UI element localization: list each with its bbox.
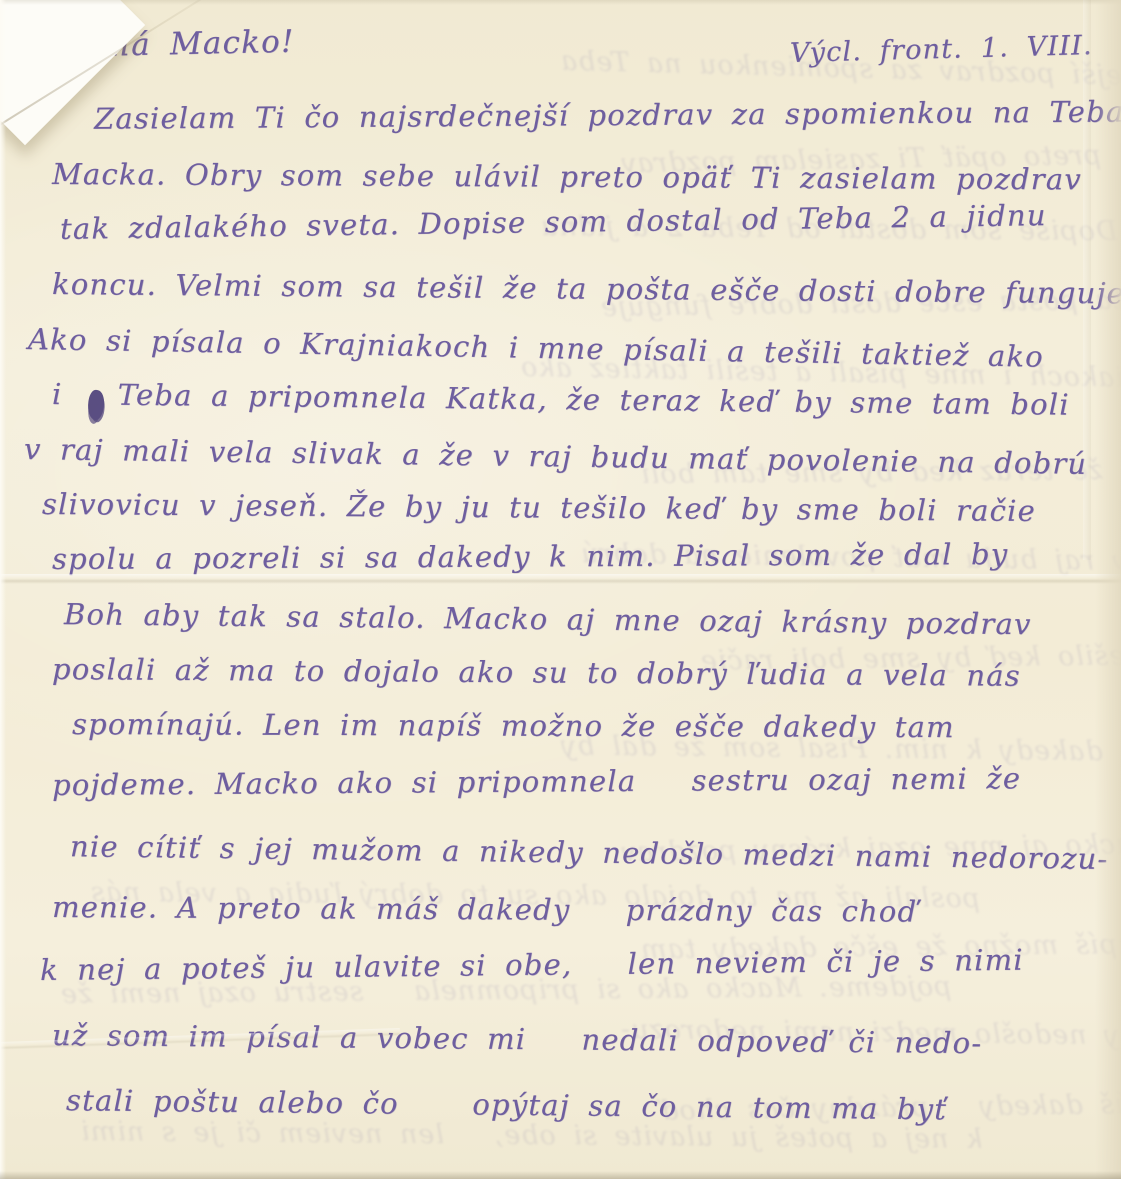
scan-edge-right xyxy=(1095,0,1121,1179)
letter-dateline: Výcl. front. 1. VIII. xyxy=(790,30,1093,69)
letter-page: Zasielam Ti čo najsrdečnejší pozdrav za … xyxy=(0,0,1121,1179)
handwritten-line: stali poštu alebo čo opýtaj sa čo na tom… xyxy=(52,1073,1083,1139)
fold-crease-vertical xyxy=(1083,0,1091,560)
handwritten-line: pojdeme. Macko ako si pripomnela sestru … xyxy=(52,751,1082,813)
handwritten-line: menie. A preto ak máš dakedy prázdny čas… xyxy=(52,880,1082,940)
letter-body: Zasielam Ti čo najsrdečnejší pozdrav za … xyxy=(52,92,1082,1128)
fold-crease-horizontal xyxy=(0,574,1121,584)
handwritten-line: k nej a poteš ju ulavite si obe, len nev… xyxy=(40,932,1083,998)
handwritten-line: poslali až ma to dojalo ako su to dobrý … xyxy=(52,642,1082,704)
handwritten-line: nie cítiť s jej mužom a nikedy nedošlo m… xyxy=(52,819,1083,887)
scan-edge-left xyxy=(0,0,6,1179)
handwritten-line: Zasielam Ti čo najsrdečnejší pozdrav za … xyxy=(52,85,1082,147)
handwritten-line: koncu. Velmi som sa tešil že ta pošta eš… xyxy=(52,257,1082,321)
handwritten-line: i Teba a pripomnela Katka, že teraz keď … xyxy=(52,367,1083,433)
scan-edge-bottom xyxy=(0,1171,1121,1179)
handwritten-line: spomínajú. Len im napíš možno že ešče da… xyxy=(52,697,1082,756)
scan-edge-top xyxy=(0,0,1121,5)
